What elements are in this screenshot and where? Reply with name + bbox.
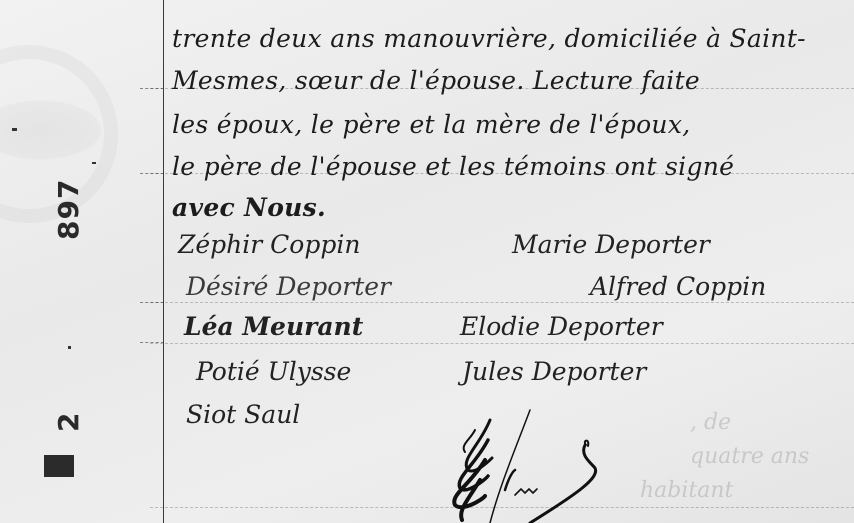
signature: Léa Meurant xyxy=(184,312,363,341)
body-line: les époux, le père et la mère de l'époux… xyxy=(172,110,690,139)
margin-mark xyxy=(44,455,74,477)
bleed-through-text: quatre ans xyxy=(690,444,809,469)
register-number: 2 xyxy=(52,413,85,432)
signature: Elodie Deporter xyxy=(460,312,663,341)
bleed-through-text: habitant xyxy=(640,478,733,503)
signature: Marie Deporter xyxy=(512,230,710,259)
signature: Désiré Deporter xyxy=(186,272,391,301)
body-line: avec Nous. xyxy=(172,193,326,222)
margin-tick xyxy=(140,173,164,174)
margin-tick xyxy=(140,342,164,343)
signature: Jules Deporter xyxy=(462,357,646,386)
margin-tick xyxy=(140,302,164,303)
body-line: Mesmes, sœur de l'épouse. Lecture faite xyxy=(172,66,700,95)
ink-dot xyxy=(92,162,96,164)
document-scan: , de quatre ans habitant 897 2 trente de… xyxy=(0,0,854,523)
signature: Siot Saul xyxy=(186,400,300,429)
ruled-line xyxy=(150,302,854,303)
body-line: trente deux ans manouvrière, domiciliée … xyxy=(172,24,806,53)
margin-tick xyxy=(140,88,164,89)
signature: Alfred Coppin xyxy=(590,272,766,301)
ink-dot xyxy=(12,128,17,131)
bleed-through-text: , de xyxy=(690,410,731,435)
signature: Potié Ulysse xyxy=(196,357,351,386)
record-number: 897 xyxy=(52,179,85,240)
body-line: le père de l'épouse et les témoins ont s… xyxy=(172,152,734,181)
ink-dot xyxy=(68,346,71,349)
signature: Zéphir Coppin xyxy=(178,230,360,259)
ruled-line xyxy=(150,343,854,344)
officer-signature xyxy=(430,400,630,523)
margin-rule xyxy=(163,0,164,523)
